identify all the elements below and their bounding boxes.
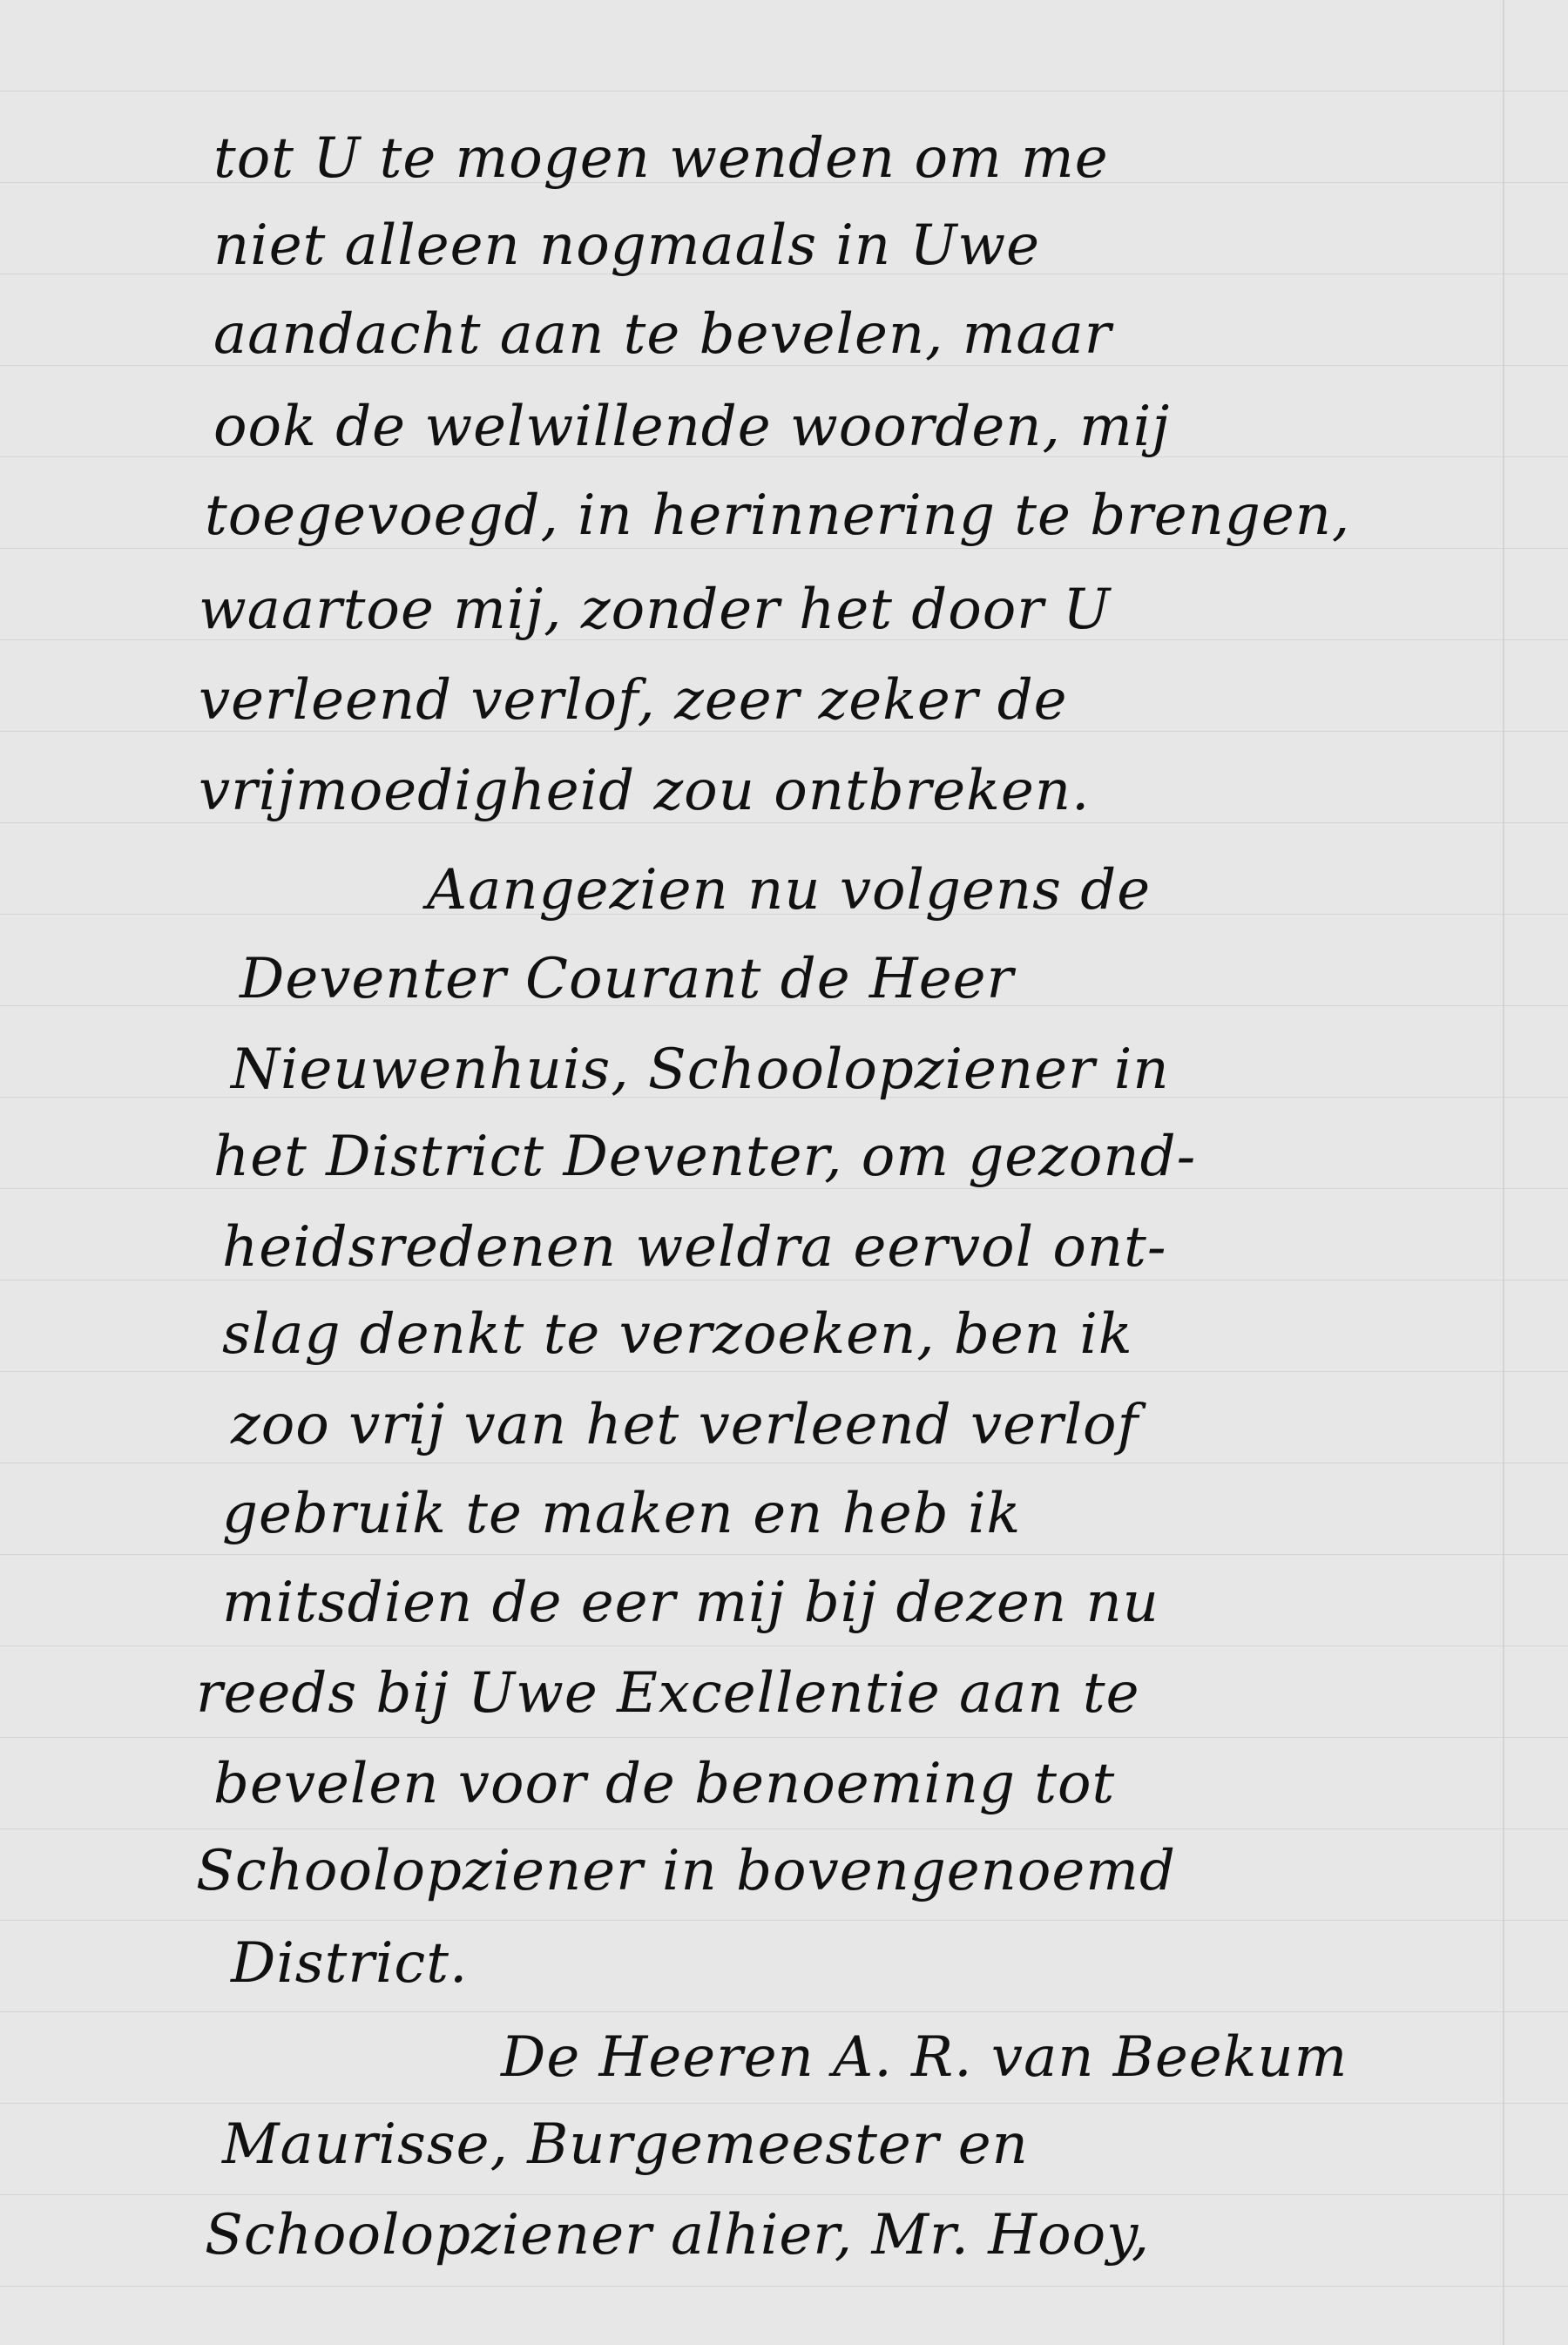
text-line-17: mitsdien de eer mij bij dezen nu: [222, 1575, 1159, 1631]
right-margin-rule: [1503, 0, 1504, 2345]
letter-page: tot U te mogen wenden om me niet alleen …: [0, 0, 1568, 2345]
text-line-12: het District Deventer, om gezond-: [213, 1129, 1196, 1185]
text-line-2: niet alleen nogmaals in Uwe: [213, 218, 1040, 274]
text-line-6: waartoe mij, zonder het door U: [199, 582, 1111, 638]
text-line-5: toegevoegd, in herinnering te brengen,: [205, 488, 1350, 544]
text-line-15: zoo vrij van het verleend verlof: [231, 1397, 1139, 1453]
text-line-11: Nieuwenhuis, Schoolopziener in: [231, 1042, 1170, 1098]
text-line-7: verleend verlof, zeer zeker de: [199, 672, 1068, 728]
paragraph-3-first-line: De Heeren A. R. van Beekum: [501, 2030, 1348, 2085]
text-line-21: District.: [231, 1936, 468, 1991]
text-line-18: reeds bij Uwe Excellentie aan te: [196, 1666, 1140, 1721]
text-line-3: aandacht aan te bevelen, maar: [213, 307, 1112, 362]
text-line-1: tot U te mogen wenden om me: [213, 131, 1109, 186]
text-line-20: Schoolopziener in bovengenoemd: [196, 1843, 1176, 1899]
text-line-8: vrijmoedigheid zou ontbreken.: [199, 763, 1090, 819]
text-line-10: Deventer Courant de Heer: [240, 951, 1014, 1007]
text-line-19: bevelen voor de benoeming tot: [213, 1756, 1115, 1812]
text-line-13: heidsredenen weldra eervol ont-: [222, 1220, 1166, 1275]
text-line-4: ook de welwillende woorden, mij: [213, 399, 1170, 455]
text-line-23: Maurisse, Burgemeester en: [222, 2117, 1029, 2173]
text-line-24: Schoolopziener alhier, Mr. Hooy,: [205, 2207, 1150, 2263]
paragraph-2-first-line: Aangezien nu volgens de: [427, 862, 1151, 918]
text-line-14: slag denkt te verzoeken, ben ik: [222, 1307, 1133, 1362]
text-line-16: gebruik te maken en heb ik: [222, 1486, 1021, 1542]
